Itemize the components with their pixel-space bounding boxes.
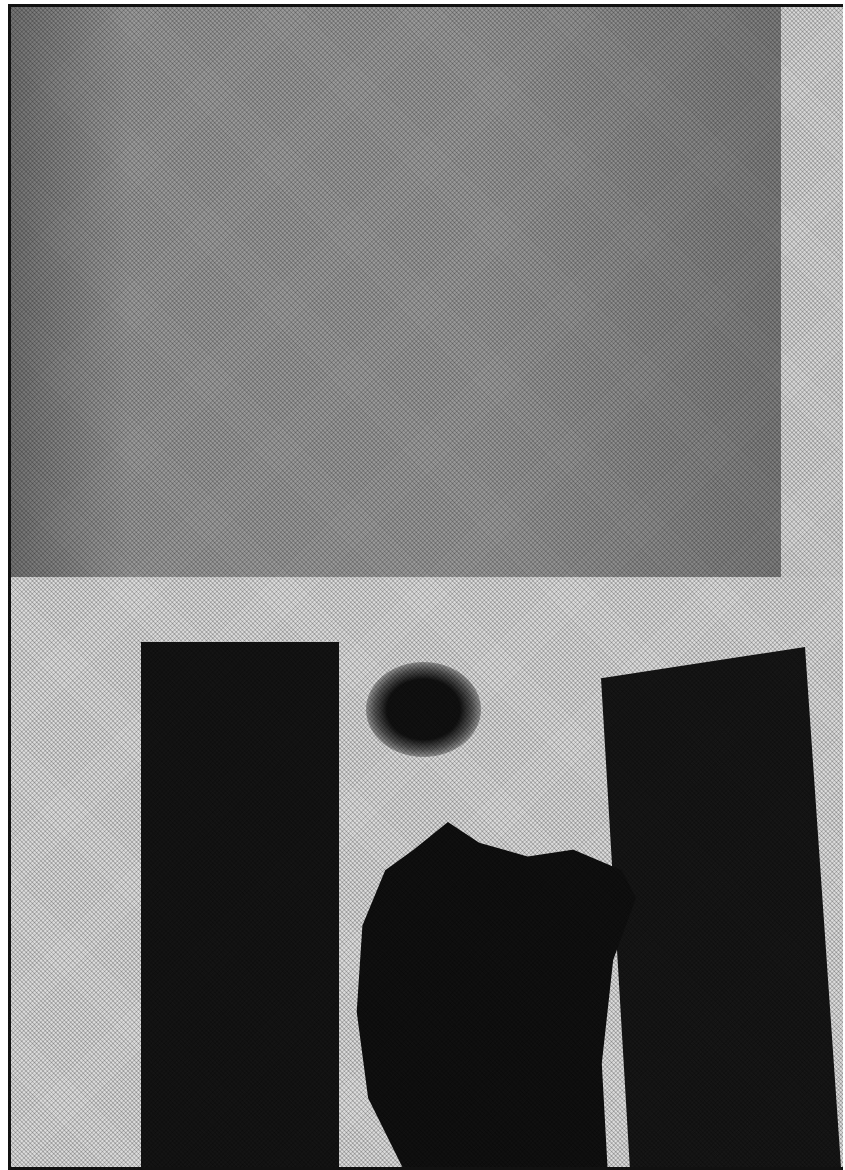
left-dark-slab [141, 642, 339, 1167]
panel-shading-left [11, 7, 131, 577]
irregular-dark-lump [351, 822, 636, 1167]
upper-textured-panel [11, 7, 781, 577]
panel-shading-right [481, 7, 781, 577]
right-dark-slab [601, 647, 841, 1167]
right-light-strip [781, 7, 843, 577]
halftone-photograph [8, 4, 843, 1170]
dark-round-spot [366, 662, 481, 757]
